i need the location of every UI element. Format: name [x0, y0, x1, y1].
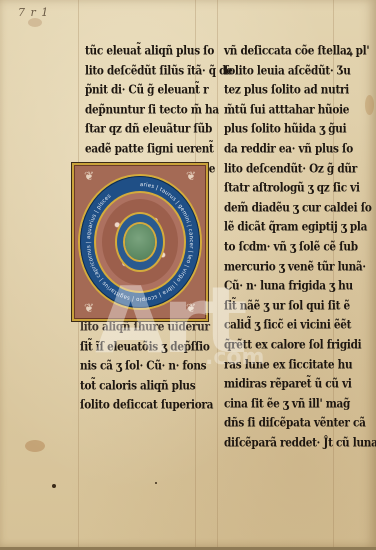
folio-number: 7 r 1 — [18, 6, 49, 19]
left-column-bottom-text: lito aliqñ ſhure uiderur ſit̃ ĩſ eleuatõ… — [80, 318, 210, 416]
stain — [28, 18, 42, 27]
wormhole — [155, 482, 157, 484]
stain — [365, 95, 374, 115]
text-line: diſcẽparã reddet· Ĵt cũ luna — [224, 432, 354, 455]
stain — [25, 440, 45, 452]
left-column-top-text: tũc eleuat̃ aliqñ plus ſo lito deſcẽdũt … — [85, 42, 210, 179]
manuscript-page: 7 r 1 tũc eleuat̃ aliqñ plus ſo lito deſ… — [0, 0, 376, 550]
right-column-text: vñ deſiccata cõe ſtellaꝝ pl' ſolito leui… — [224, 42, 354, 453]
illuminated-initial: ❦ ❦ ❦ ❦ aries | taurus | gemini | cancer… — [72, 163, 208, 321]
wormhole — [52, 484, 56, 488]
central-green-globe — [125, 224, 155, 260]
ruling-line — [217, 0, 218, 550]
text-line: ſolito deſiccat ſuperiora — [80, 395, 210, 418]
